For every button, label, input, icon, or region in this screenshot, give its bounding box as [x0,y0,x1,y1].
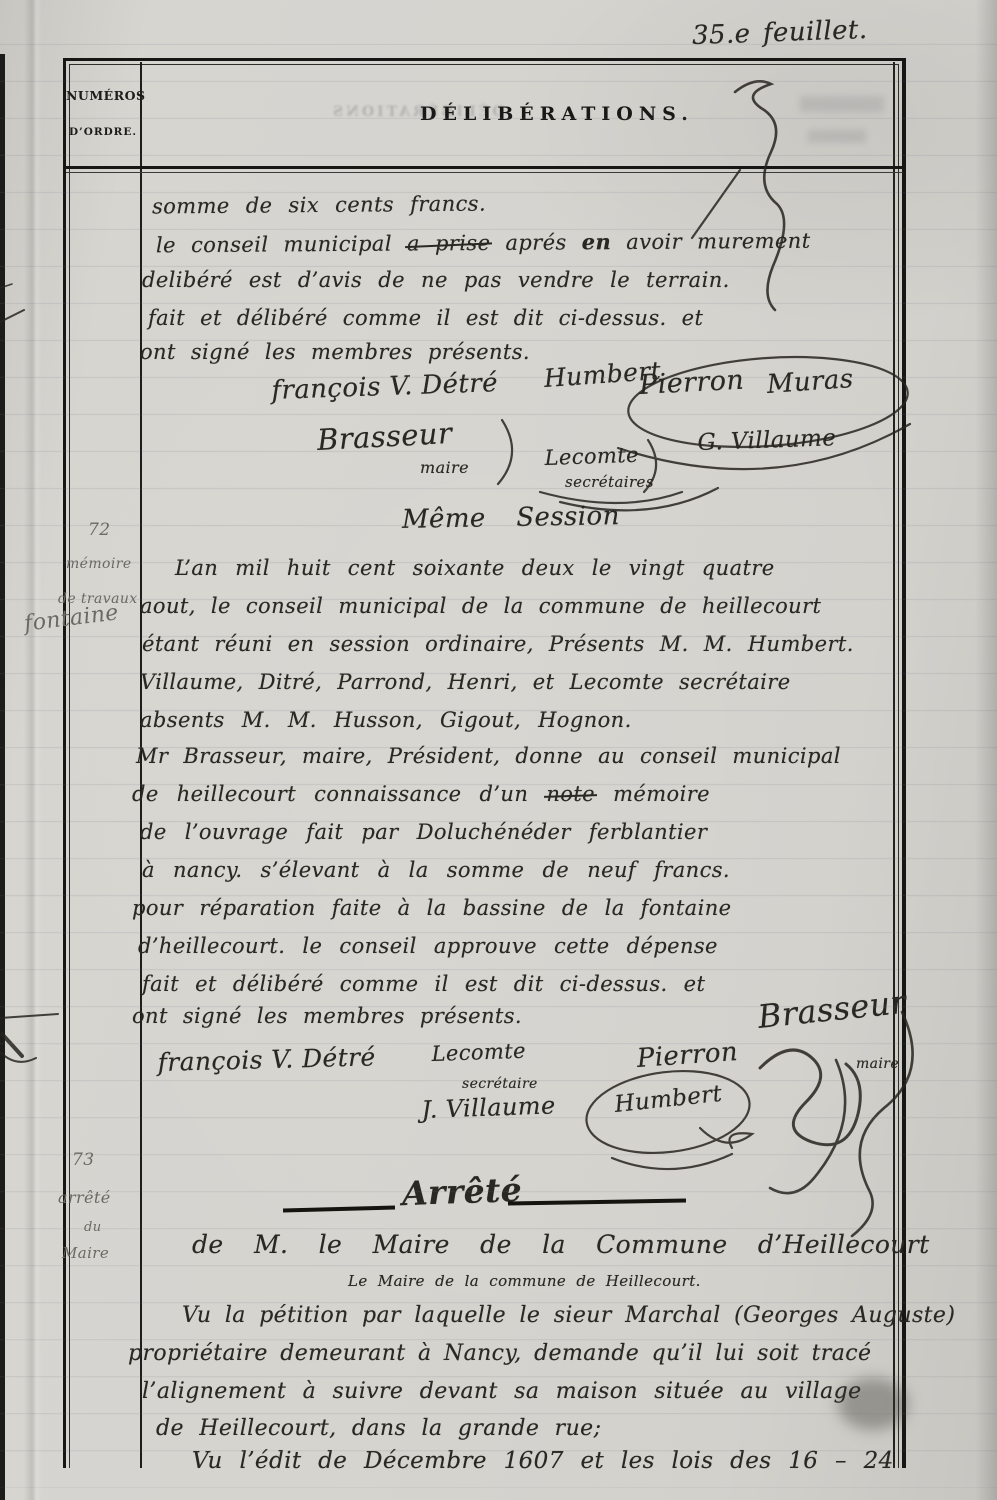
ink-smudge [838,1378,908,1430]
manuscript-line: le conseil municipal a prise aprés en av… [156,228,811,258]
dordre-column-header: D’ORDRE. [66,126,140,138]
signature-role: secrétaires [565,473,654,491]
margin-note-line: arrêté [58,1188,111,1207]
signature: Brasseur [316,416,453,457]
signature: françois V. Détré [157,1042,376,1077]
header-divider-inner [66,172,903,173]
manuscript-line: Mr Brasseur, maire, Président, donne au … [136,744,841,768]
section-heading: Même Session [402,501,620,535]
manuscript-line: Villaume, Ditré, Parrond, Henri, et Leco… [140,670,791,694]
manuscript-line: fait et délibéré comme il est dit ci-des… [142,972,705,996]
manuscript-line: de Heillecourt, dans la grande rue; [156,1416,601,1441]
signature-role: maire [420,458,469,477]
overwritten-text: en [582,229,612,254]
manuscript-line: aout, le conseil municipal de la commune… [140,594,821,618]
section-heading: Arrêté [401,1170,522,1213]
signature: G. Villaume [697,425,837,456]
manuscript-line: Vu l’édit de Décembre 1607 et les lois d… [192,1448,894,1474]
signature: Pierron [638,365,745,401]
signature: Lecomte [544,443,639,470]
text-fragment: mémoire [595,782,710,806]
struck-text: a prise [407,231,491,256]
manuscript-line: somme de six cents francs. [152,192,486,219]
margin-note-line: mémoire [66,556,132,572]
text-fragment: le conseil municipal [156,232,407,258]
manuscript-line: ont signé les membres présents. [132,1004,522,1028]
text-fragment: de heillecourt connaissance d’un [132,782,546,806]
manuscript-line: étant réuni en session ordinaire, Présen… [142,632,854,656]
manuscript-line: l’alignement à suivre devant sa maison s… [142,1379,862,1404]
signature-role: secrétaire [462,1076,538,1092]
manuscript-line: de heillecourt connaissance d’un note mé… [132,782,710,806]
signature-role: maire [856,1056,899,1072]
signature: Muras [766,364,855,400]
header-divider [66,166,903,169]
margin-entry-number: 73 [72,1150,94,1170]
numeros-column-header: NUMÉROS [66,88,140,103]
register-page-scan: 35.e feuillet. NUMÉROS D’ORDRE. DÉLIBÉRA… [0,0,997,1500]
bleedthrough-mark [808,130,866,143]
manuscript-line: de M. le Maire de la Commune d’Heillecou… [192,1230,930,1259]
manuscript-line: delibéré est d’avis de ne pas vendre le … [142,268,730,292]
text-fragment: avoir murement [611,229,811,254]
manuscript-line: de l’ouvrage fait par Doluchénéder ferbl… [140,820,707,844]
manuscript-line: à nancy. s’élevant à la somme de neuf fr… [142,858,730,882]
manuscript-line: fait et délibéré comme il est dit ci-des… [148,306,703,330]
manuscript-line: propriétaire demeurant à Nancy, demande … [128,1341,871,1366]
signature: J. Villaume [421,1091,556,1124]
text-fragment: aprés [490,230,582,255]
manuscript-line: pour réparation faite à la bassine de la… [132,896,731,920]
previous-page-border [0,54,5,1500]
manuscript-line: Le Maire de la commune de Heillecourt. [348,1272,701,1290]
manuscript-line: ont signé les membres présents. [140,340,530,364]
struck-text: note [546,782,595,806]
bleedthrough-mark [800,96,884,112]
page-right-edge-shadow [975,0,997,1500]
signature: Lecomte [431,1039,526,1066]
manuscript-line: absents M. M. Husson, Gigout, Hognon. [140,708,632,732]
page-fold-shadow [24,0,42,1500]
manuscript-line: d’heillecourt. le conseil approuve cette… [138,934,718,958]
deliberations-title: DÉLIBÉRATIONS. [420,103,694,125]
margin-note-line: du [84,1220,102,1235]
margin-note-line: Maire [62,1244,109,1262]
manuscript-line: L’an mil huit cent soixante deux le ving… [175,556,775,580]
folio-annotation: 35.e feuillet. [692,15,868,51]
margin-entry-number: 72 [88,520,110,540]
manuscript-line: Vu la pétition par laquelle le sieur Mar… [182,1303,955,1328]
